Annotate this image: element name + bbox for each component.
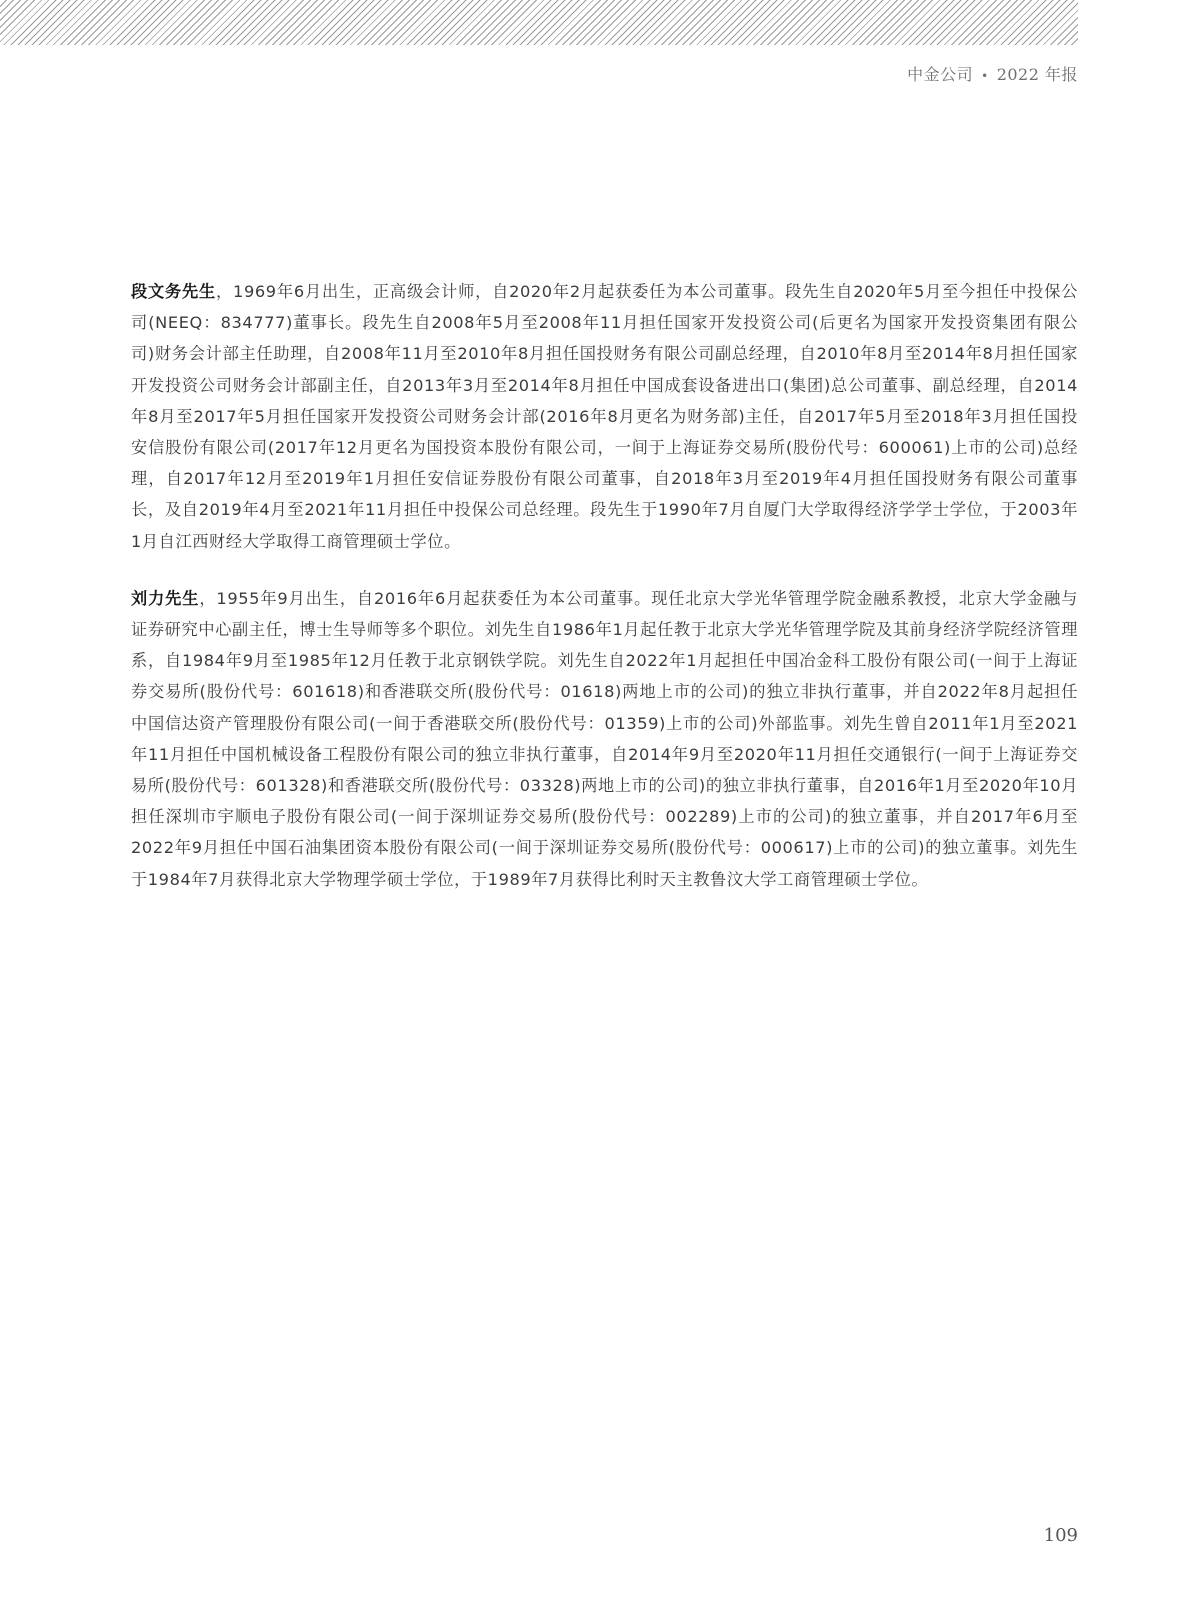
company-name: 中金公司 — [907, 65, 973, 84]
report-title: 2022 年报 — [997, 65, 1078, 84]
separator-dot: • — [981, 69, 989, 83]
bio-text: ，1969年6月出生，正高级会计师，自2020年2月起获委任为本公司董事。段先生… — [131, 282, 1078, 551]
bio-paragraph-liu: 刘力先生，1955年9月出生，自2016年6月起获委任为本公司董事。现任北京大学… — [131, 583, 1078, 895]
running-header: 中金公司•2022 年报 — [907, 62, 1078, 85]
bio-text: ，1955年9月出生，自2016年6月起获委任为本公司董事。现任北京大学光华管理… — [131, 589, 1078, 889]
bio-paragraph-duan: 段文务先生，1969年6月出生，正高级会计师，自2020年2月起获委任为本公司董… — [131, 276, 1078, 557]
decorative-hatch-band — [0, 0, 1078, 45]
page-number: 109 — [1044, 1525, 1078, 1546]
bio-name: 段文务先生 — [131, 282, 216, 301]
director-bios: 段文务先生，1969年6月出生，正高级会计师，自2020年2月起获委任为本公司董… — [131, 276, 1078, 921]
bio-name: 刘力先生 — [131, 589, 199, 608]
